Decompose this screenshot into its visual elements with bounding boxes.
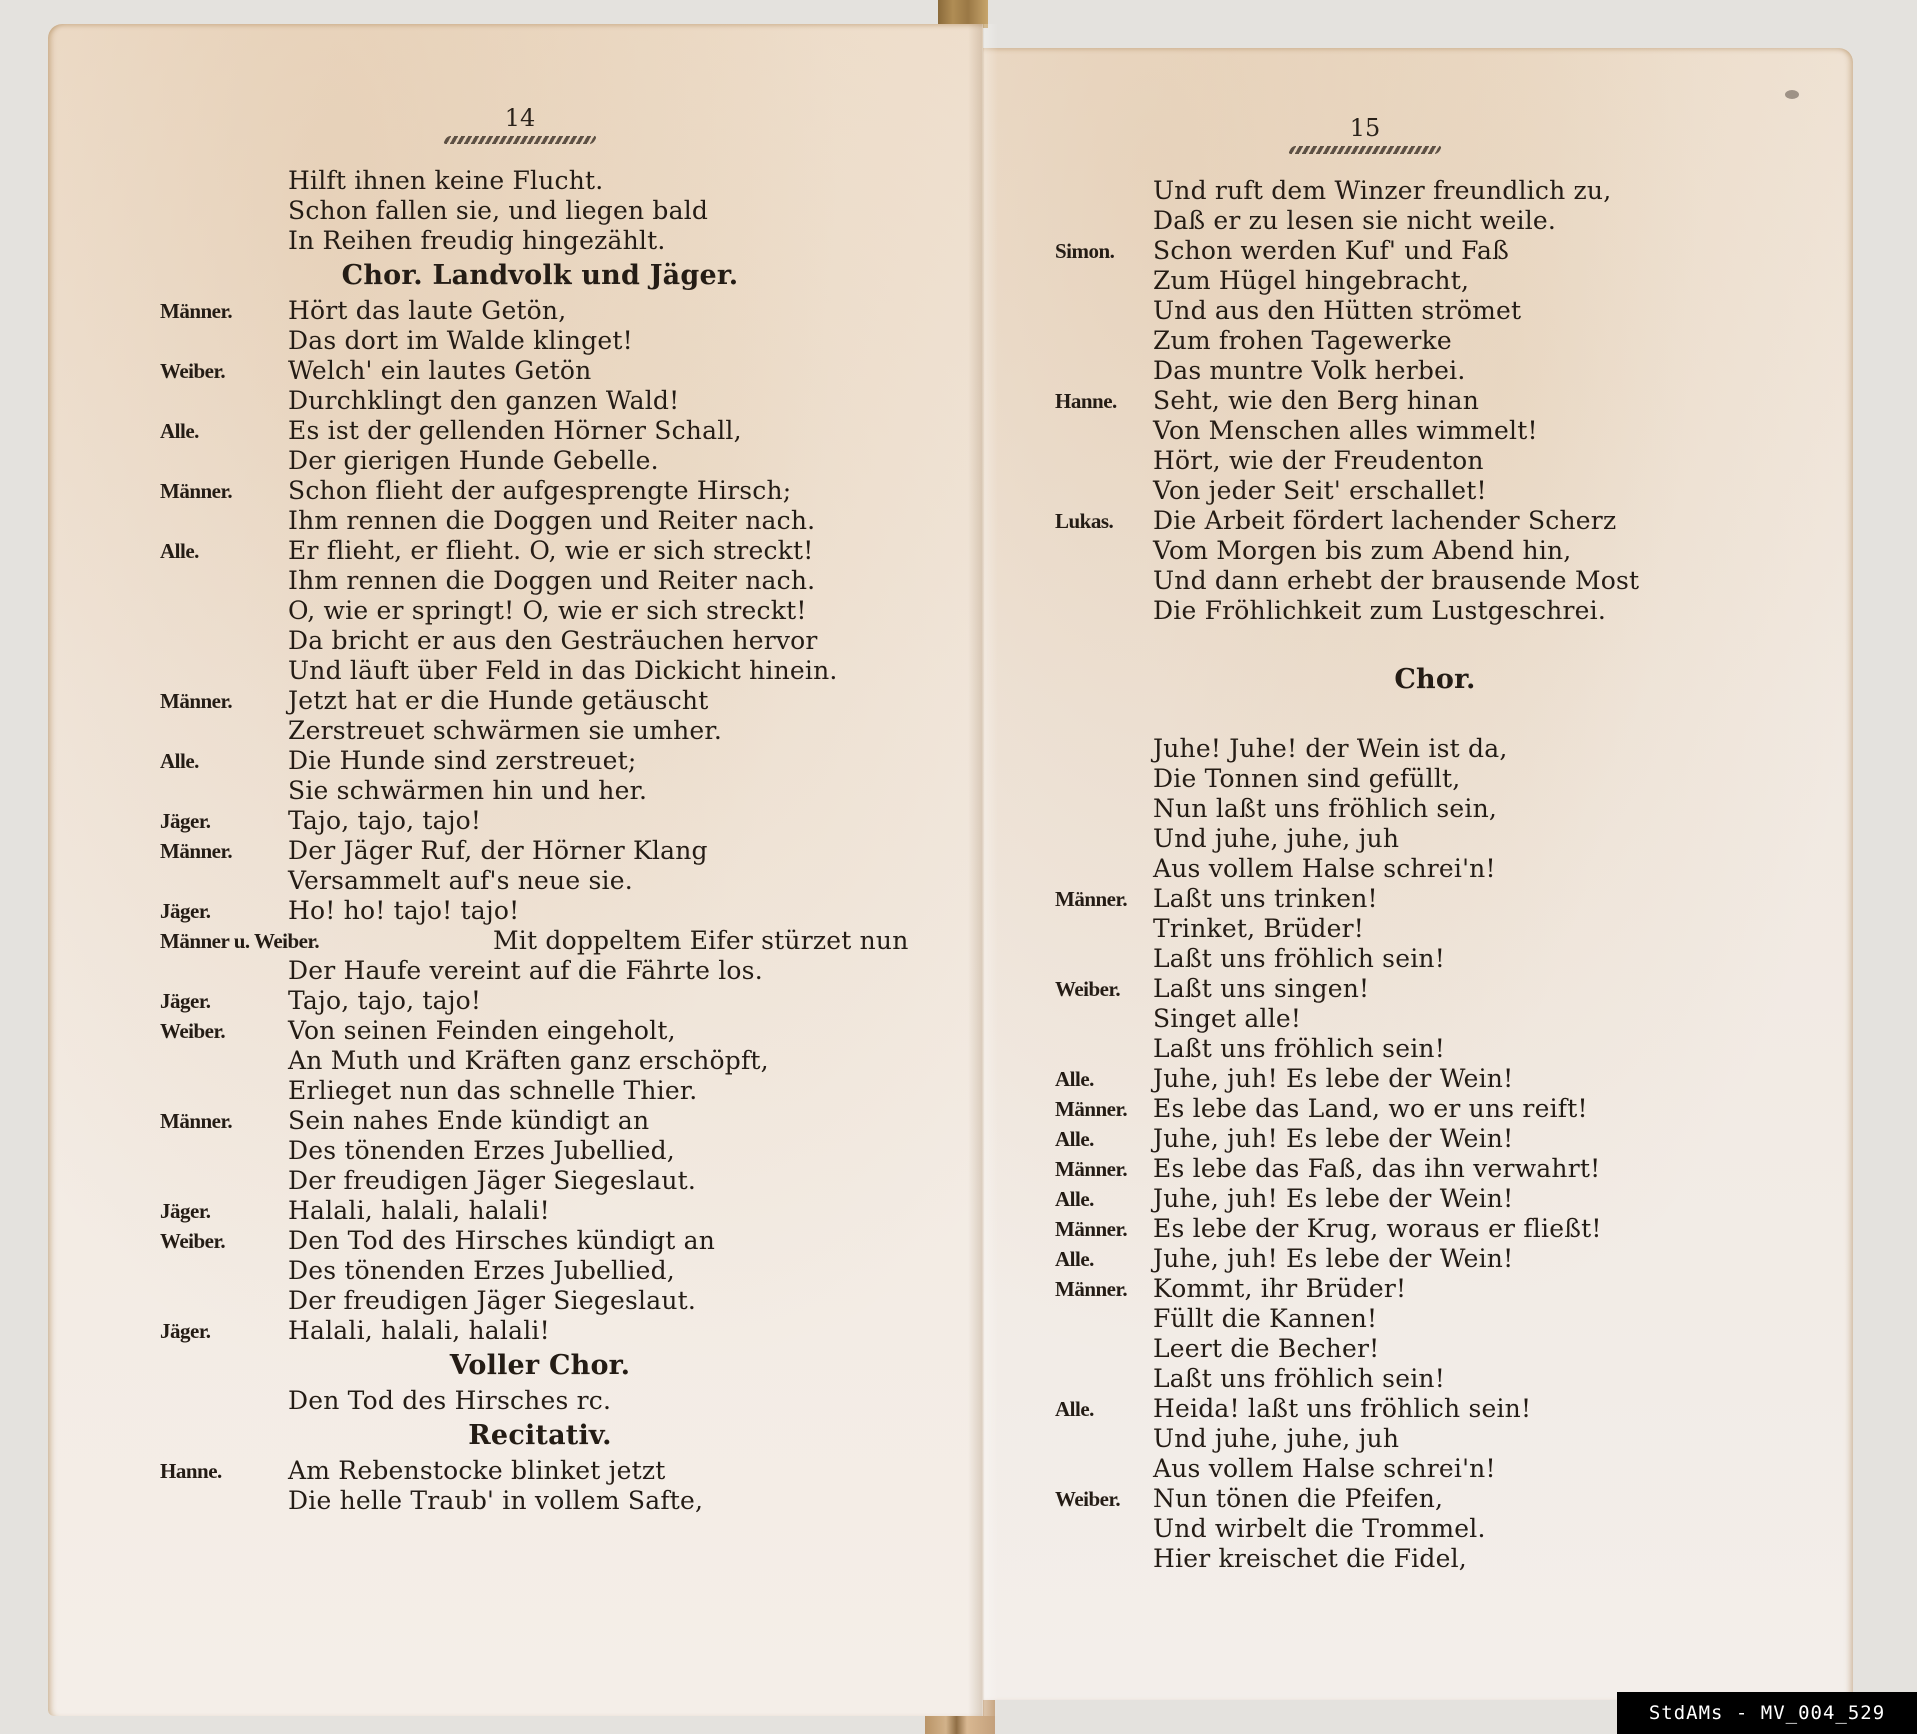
- verse-line: Da bricht er aus den Gesträuchen hervor: [160, 626, 920, 656]
- verse-text: Zum frohen Tagewerke: [1153, 326, 1452, 356]
- page-number-right: 15: [1265, 114, 1465, 154]
- verse-text: Da bricht er aus den Gesträuchen hervor: [288, 626, 818, 656]
- verse-text: Mit doppeltem Eifer stürzet nun: [493, 926, 909, 956]
- speaker-label: Weiber.: [160, 1016, 225, 1046]
- speaker-label: Alle.: [1055, 1394, 1094, 1424]
- verse-text: Das muntre Volk herbei.: [1153, 356, 1465, 386]
- page-number-left: 14: [420, 104, 620, 144]
- verse-line: Männer.Hört das laute Getön,: [160, 296, 920, 326]
- ornament-rule: [443, 136, 598, 144]
- verse-line: Der gierigen Hunde Gebelle.: [160, 446, 920, 476]
- verse-text: Es lebe das Land, wo er uns reift!: [1153, 1094, 1588, 1124]
- speaker-label: Männer.: [1055, 1154, 1127, 1184]
- verse-text: Juhe, juh! Es lebe der Wein!: [1153, 1064, 1513, 1094]
- verse-line: O, wie er springt! O, wie er sich streck…: [160, 596, 920, 626]
- verse-line: Aus vollem Halse schrei'n!: [1055, 854, 1815, 884]
- left-page: 14 Hilft ihnen keine Flucht.Schon fallen…: [48, 24, 983, 1716]
- verse-line: Hilft ihnen keine Flucht.: [160, 166, 920, 196]
- section-heading: Chor.: [1055, 660, 1815, 700]
- verse-text: Den Tod des Hirsches kündigt an: [288, 1226, 715, 1256]
- verse-line: Weiber.Nun tönen die Pfeifen,: [1055, 1484, 1815, 1514]
- verse-text: Aus vollem Halse schrei'n!: [1153, 854, 1496, 884]
- verse-line: Zerstreuet schwärmen sie umher.: [160, 716, 920, 746]
- verse-line: Des tönenden Erzes Jubellied,: [160, 1256, 920, 1286]
- verse-line: Männer u. Weiber.Mit doppeltem Eifer stü…: [160, 926, 920, 956]
- verse-line: Weiber.Laßt uns singen!: [1055, 974, 1815, 1004]
- verse-line: Jäger.Tajo, tajo, tajo!: [160, 806, 920, 836]
- verse-line: Schon fallen sie, und liegen bald: [160, 196, 920, 226]
- verse-text: Juhe, juh! Es lebe der Wein!: [1153, 1244, 1513, 1274]
- verse-text: Der Jäger Ruf, der Hörner Klang: [288, 836, 708, 866]
- verse-line: Weiber.Welch' ein lautes Getön: [160, 356, 920, 386]
- verse-text: Hilft ihnen keine Flucht.: [288, 166, 603, 196]
- verse-text: Das dort im Walde klinget!: [288, 326, 633, 356]
- verse-text: Hört, wie der Freudenton: [1153, 446, 1484, 476]
- verse-text: Trinket, Brüder!: [1153, 914, 1364, 944]
- verse-line: Männer.Es lebe das Faß, das ihn verwahrt…: [1055, 1154, 1815, 1184]
- verse-text: Und juhe, juhe, juh: [1153, 1424, 1399, 1454]
- speaker-label: Männer.: [160, 1106, 232, 1136]
- verse-text: Singet alle!: [1153, 1004, 1301, 1034]
- verse-line: Die Tonnen sind gefüllt,: [1055, 764, 1815, 794]
- verse-line: Alle.Die Hunde sind zerstreuet;: [160, 746, 920, 776]
- verse-line: Laßt uns fröhlich sein!: [1055, 1364, 1815, 1394]
- verse-text: Von Menschen alles wimmelt!: [1153, 416, 1538, 446]
- verse-text: Schon fallen sie, und liegen bald: [288, 196, 708, 226]
- speaker-label: Männer.: [1055, 884, 1127, 914]
- verse-line: Lukas.Die Arbeit fördert lachender Scher…: [1055, 506, 1815, 536]
- ink-blot: [1785, 90, 1799, 99]
- page-number-text: 14: [505, 104, 536, 132]
- page-number-text: 15: [1350, 114, 1381, 142]
- verse-line: Alle.Er flieht, er flieht. O, wie er sic…: [160, 536, 920, 566]
- verse-text: Am Rebenstocke blinket jetzt: [288, 1456, 666, 1486]
- speaker-label: Lukas.: [1055, 506, 1113, 536]
- verse-text: Leert die Becher!: [1153, 1334, 1379, 1364]
- verse-text: Jetzt hat er die Hunde getäuscht: [288, 686, 708, 716]
- speaker-label: Männer.: [1055, 1094, 1127, 1124]
- verse-line: Alle.Juhe, juh! Es lebe der Wein!: [1055, 1124, 1815, 1154]
- verse-line: Jäger.Halali, halali, halali!: [160, 1316, 920, 1346]
- verse-line: Und ruft dem Winzer freundlich zu,: [1055, 176, 1815, 206]
- verse-line: Der freudigen Jäger Siegeslaut.: [160, 1166, 920, 1196]
- verse-line: Hanne.Am Rebenstocke blinket jetzt: [160, 1456, 920, 1486]
- speaker-label: Jäger.: [160, 986, 210, 1016]
- verse-text: Welch' ein lautes Getön: [288, 356, 591, 386]
- verse-text: Schon werden Kuf' und Faß: [1153, 236, 1509, 266]
- section-heading: Chor. Landvolk und Jäger.: [160, 256, 920, 296]
- verse-text: Der Haufe vereint auf die Fährte los.: [288, 956, 763, 986]
- verse-text: Sie schwärmen hin und her.: [288, 776, 647, 806]
- verse-text: Versammelt auf's neue sie.: [288, 866, 633, 896]
- verse-line: Alle.Juhe, juh! Es lebe der Wein!: [1055, 1244, 1815, 1274]
- verse-text: Laßt uns fröhlich sein!: [1153, 1034, 1445, 1064]
- verse-line: Die Fröhlichkeit zum Lustgeschrei.: [1055, 596, 1815, 626]
- speaker-label: Männer.: [1055, 1214, 1127, 1244]
- verse-line: Aus vollem Halse schrei'n!: [1055, 1454, 1815, 1484]
- speaker-label: Hanne.: [1055, 386, 1117, 416]
- verse-line: Jäger.Ho! ho! tajo! tajo!: [160, 896, 920, 926]
- speaker-label: Jäger.: [160, 896, 210, 926]
- verse-text: Halali, halali, halali!: [288, 1196, 550, 1226]
- verse-text: Laßt uns fröhlich sein!: [1153, 1364, 1445, 1394]
- speaker-label: Jäger.: [160, 1196, 210, 1226]
- verse-text: Juhe, juh! Es lebe der Wein!: [1153, 1124, 1513, 1154]
- verse-text: Heida! laßt uns fröhlich sein!: [1153, 1394, 1531, 1424]
- speaker-label: Alle.: [1055, 1064, 1094, 1094]
- verse-line: Männer.Schon flieht der aufgesprengte Hi…: [160, 476, 920, 506]
- spacer: [1055, 626, 1815, 660]
- verse-line: Daß er zu lesen sie nicht weile.: [1055, 206, 1815, 236]
- verse-text: Des tönenden Erzes Jubellied,: [288, 1256, 675, 1286]
- speaker-label: Jäger.: [160, 806, 210, 836]
- verse-line: Und aus den Hütten strömet: [1055, 296, 1815, 326]
- verse-text: Seht, wie den Berg hinan: [1153, 386, 1479, 416]
- verse-line: Trinket, Brüder!: [1055, 914, 1815, 944]
- verse-text: Die Arbeit fördert lachender Scherz: [1153, 506, 1616, 536]
- verse-line: Männer.Es lebe der Krug, woraus er fließ…: [1055, 1214, 1815, 1244]
- verse-line: Singet alle!: [1055, 1004, 1815, 1034]
- verse-line: Zum Hügel hingebracht,: [1055, 266, 1815, 296]
- verse-line: Männer.Sein nahes Ende kündigt an: [160, 1106, 920, 1136]
- speaker-label: Weiber.: [1055, 974, 1120, 1004]
- verse-line: Hier kreischet die Fidel,: [1055, 1544, 1815, 1574]
- verse-text: Die Hunde sind zerstreuet;: [288, 746, 637, 776]
- verse-text: Laßt uns fröhlich sein!: [1153, 944, 1445, 974]
- verse-text: Daß er zu lesen sie nicht weile.: [1153, 206, 1556, 236]
- verse-text: Laßt uns trinken!: [1153, 884, 1378, 914]
- verse-line: Erlieget nun das schnelle Thier.: [160, 1076, 920, 1106]
- speaker-label: Weiber.: [160, 1226, 225, 1256]
- verse-line: Laßt uns fröhlich sein!: [1055, 944, 1815, 974]
- verse-text: Er flieht, er flieht. O, wie er sich str…: [288, 536, 814, 566]
- verse-line: Alle.Es ist der gellenden Hörner Schall,: [160, 416, 920, 446]
- book-gutter: [968, 24, 998, 1716]
- right-page-text: Und ruft dem Winzer freundlich zu,Daß er…: [1055, 176, 1815, 1574]
- speaker-label: Männer u. Weiber.: [160, 926, 319, 956]
- verse-text: Und läuft über Feld in das Dickicht hine…: [288, 656, 838, 686]
- verse-text: Ihm rennen die Doggen und Reiter nach.: [288, 506, 815, 536]
- speaker-label: Alle.: [160, 536, 199, 566]
- speaker-label: Alle.: [1055, 1124, 1094, 1154]
- verse-line: An Muth und Kräften ganz erschöpft,: [160, 1046, 920, 1076]
- section-heading: Voller Chor.: [160, 1346, 920, 1386]
- verse-text: Der freudigen Jäger Siegeslaut.: [288, 1166, 696, 1196]
- speaker-label: Alle.: [160, 746, 199, 776]
- verse-text: Erlieget nun das schnelle Thier.: [288, 1076, 697, 1106]
- verse-text: Und dann erhebt der brausende Most: [1153, 566, 1639, 596]
- verse-text: In Reihen freudig hingezählt.: [288, 226, 666, 256]
- verse-line: Und dann erhebt der brausende Most: [1055, 566, 1815, 596]
- speaker-label: Simon.: [1055, 236, 1114, 266]
- verse-text: Füllt die Kannen!: [1153, 1304, 1377, 1334]
- verse-line: Alle.Heida! laßt uns fröhlich sein!: [1055, 1394, 1815, 1424]
- verse-line: Männer.Kommt, ihr Brüder!: [1055, 1274, 1815, 1304]
- verse-text: Zum Hügel hingebracht,: [1153, 266, 1469, 296]
- speaker-label: Weiber.: [160, 356, 225, 386]
- verse-line: Die helle Traub' in vollem Safte,: [160, 1486, 920, 1516]
- verse-line: Alle.Juhe, juh! Es lebe der Wein!: [1055, 1064, 1815, 1094]
- verse-line: Männer.Laßt uns trinken!: [1055, 884, 1815, 914]
- verse-text: Zerstreuet schwärmen sie umher.: [288, 716, 722, 746]
- verse-line: Männer.Jetzt hat er die Hunde getäuscht: [160, 686, 920, 716]
- verse-line: Jäger.Halali, halali, halali!: [160, 1196, 920, 1226]
- spacer: [1055, 700, 1815, 734]
- verse-text: Tajo, tajo, tajo!: [288, 806, 481, 836]
- speaker-label: Jäger.: [160, 1316, 210, 1346]
- verse-text: Und juhe, juhe, juh: [1153, 824, 1399, 854]
- verse-line: Ihm rennen die Doggen und Reiter nach.: [160, 566, 920, 596]
- archive-label: StdAMs - MV_004_529: [1617, 1692, 1917, 1734]
- verse-line: Und juhe, juhe, juh: [1055, 1424, 1815, 1454]
- verse-text: Hier kreischet die Fidel,: [1153, 1544, 1467, 1574]
- verse-text: Schon flieht der aufgesprengte Hirsch;: [288, 476, 791, 506]
- verse-line: Alle.Juhe, juh! Es lebe der Wein!: [1055, 1184, 1815, 1214]
- verse-text: Hört das laute Getön,: [288, 296, 566, 326]
- verse-text: Tajo, tajo, tajo!: [288, 986, 481, 1016]
- speaker-label: Männer.: [160, 686, 232, 716]
- verse-line: Der freudigen Jäger Siegeslaut.: [160, 1286, 920, 1316]
- verse-line: Versammelt auf's neue sie.: [160, 866, 920, 896]
- verse-text: Nun tönen die Pfeifen,: [1153, 1484, 1443, 1514]
- verse-line: Das muntre Volk herbei.: [1055, 356, 1815, 386]
- verse-line: Leert die Becher!: [1055, 1334, 1815, 1364]
- verse-line: Füllt die Kannen!: [1055, 1304, 1815, 1334]
- verse-line: Ihm rennen die Doggen und Reiter nach.: [160, 506, 920, 536]
- verse-line: Männer.Es lebe das Land, wo er uns reift…: [1055, 1094, 1815, 1124]
- verse-text: Die helle Traub' in vollem Safte,: [288, 1486, 703, 1516]
- verse-line: Zum frohen Tagewerke: [1055, 326, 1815, 356]
- verse-text: Der freudigen Jäger Siegeslaut.: [288, 1286, 696, 1316]
- verse-line: Nun laßt uns fröhlich sein,: [1055, 794, 1815, 824]
- speaker-label: Alle.: [1055, 1184, 1094, 1214]
- ornament-rule: [1288, 146, 1443, 154]
- verse-line: Sie schwärmen hin und her.: [160, 776, 920, 806]
- verse-text: Von jeder Seit' erschallet!: [1153, 476, 1487, 506]
- verse-line: Durchklingt den ganzen Wald!: [160, 386, 920, 416]
- speaker-label: Hanne.: [160, 1456, 222, 1486]
- speaker-label: Alle.: [160, 416, 199, 446]
- verse-line: Von Menschen alles wimmelt!: [1055, 416, 1815, 446]
- verse-text: Es lebe der Krug, woraus er fließt!: [1153, 1214, 1602, 1244]
- verse-line: Hanne.Seht, wie den Berg hinan: [1055, 386, 1815, 416]
- verse-text: An Muth und Kräften ganz erschöpft,: [288, 1046, 769, 1076]
- speaker-label: Männer.: [1055, 1274, 1127, 1304]
- verse-line: Der Haufe vereint auf die Fährte los.: [160, 956, 920, 986]
- verse-text: Es lebe das Faß, das ihn verwahrt!: [1153, 1154, 1600, 1184]
- verse-text: O, wie er springt! O, wie er sich streck…: [288, 596, 807, 626]
- verse-line: Weiber.Den Tod des Hirsches kündigt an: [160, 1226, 920, 1256]
- verse-text: Nun laßt uns fröhlich sein,: [1153, 794, 1497, 824]
- verse-line: Und läuft über Feld in das Dickicht hine…: [160, 656, 920, 686]
- verse-text: Und ruft dem Winzer freundlich zu,: [1153, 176, 1611, 206]
- verse-line: Von jeder Seit' erschallet!: [1055, 476, 1815, 506]
- speaker-label: Männer.: [160, 476, 232, 506]
- verse-text: Die Fröhlichkeit zum Lustgeschrei.: [1153, 596, 1606, 626]
- verse-text: Kommt, ihr Brüder!: [1153, 1274, 1406, 1304]
- verse-line: Und juhe, juhe, juh: [1055, 824, 1815, 854]
- speaker-label: Männer.: [160, 296, 232, 326]
- left-page-text: Hilft ihnen keine Flucht.Schon fallen si…: [160, 166, 920, 1516]
- speaker-label: Alle.: [1055, 1244, 1094, 1274]
- verse-line: Vom Morgen bis zum Abend hin,: [1055, 536, 1815, 566]
- verse-text: Und wirbelt die Trommel.: [1153, 1514, 1486, 1544]
- speaker-label: Männer.: [160, 836, 232, 866]
- verse-text: Es ist der gellenden Hörner Schall,: [288, 416, 742, 446]
- verse-text: Der gierigen Hunde Gebelle.: [288, 446, 659, 476]
- verse-text: Des tönenden Erzes Jubellied,: [288, 1136, 675, 1166]
- verse-text: Juhe, juh! Es lebe der Wein!: [1153, 1184, 1513, 1214]
- verse-text: Den Tod des Hirsches rc.: [288, 1386, 611, 1416]
- verse-line: Jäger.Tajo, tajo, tajo!: [160, 986, 920, 1016]
- verse-text: Durchklingt den ganzen Wald!: [288, 386, 679, 416]
- verse-line: Juhe! Juhe! der Wein ist da,: [1055, 734, 1815, 764]
- verse-line: Den Tod des Hirsches rc.: [160, 1386, 920, 1416]
- verse-text: Und aus den Hütten strömet: [1153, 296, 1521, 326]
- verse-line: Männer.Der Jäger Ruf, der Hörner Klang: [160, 836, 920, 866]
- verse-line: Laßt uns fröhlich sein!: [1055, 1034, 1815, 1064]
- verse-line: Hört, wie der Freudenton: [1055, 446, 1815, 476]
- verse-text: Ihm rennen die Doggen und Reiter nach.: [288, 566, 815, 596]
- section-heading: Recitativ.: [160, 1416, 920, 1456]
- verse-line: Simon.Schon werden Kuf' und Faß: [1055, 236, 1815, 266]
- verse-text: Ho! ho! tajo! tajo!: [288, 896, 519, 926]
- verse-line: Weiber.Von seinen Feinden eingeholt,: [160, 1016, 920, 1046]
- verse-text: Von seinen Feinden eingeholt,: [288, 1016, 676, 1046]
- verse-text: Aus vollem Halse schrei'n!: [1153, 1454, 1496, 1484]
- verse-line: Und wirbelt die Trommel.: [1055, 1514, 1815, 1544]
- verse-line: Des tönenden Erzes Jubellied,: [160, 1136, 920, 1166]
- verse-line: In Reihen freudig hingezählt.: [160, 226, 920, 256]
- verse-text: Sein nahes Ende kündigt an: [288, 1106, 649, 1136]
- verse-text: Laßt uns singen!: [1153, 974, 1369, 1004]
- verse-text: Vom Morgen bis zum Abend hin,: [1153, 536, 1571, 566]
- speaker-label: Weiber.: [1055, 1484, 1120, 1514]
- verse-text: Halali, halali, halali!: [288, 1316, 550, 1346]
- verse-text: Juhe! Juhe! der Wein ist da,: [1153, 734, 1508, 764]
- verse-line: Das dort im Walde klinget!: [160, 326, 920, 356]
- right-page: 15 Und ruft dem Winzer freundlich zu,Daß…: [983, 48, 1853, 1700]
- verse-text: Die Tonnen sind gefüllt,: [1153, 764, 1460, 794]
